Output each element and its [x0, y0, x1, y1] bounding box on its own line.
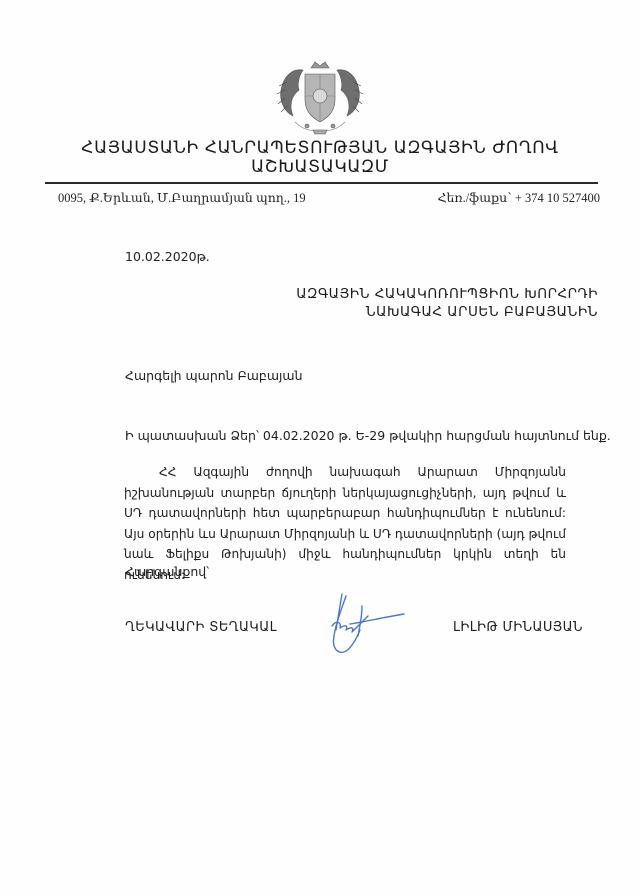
letter-date: 10.02.2020թ. [125, 249, 210, 264]
recipient-name: ՆԱԽԱԳԱՀ ԱՐՍԵՆ ԲԱԲԱՅԱՆԻՆ [366, 304, 598, 320]
signer-title: ՂԵԿԱՎԱՐԻ ՏԵՂԱԿԱԼ [125, 620, 277, 635]
coat-of-arms-icon [273, 60, 367, 136]
intro-sentence: Ի պատասխան Ձեր՝ 04.02.2020 թ. Ե-29 թվակի… [125, 428, 611, 443]
salutation: Հարգելի պարոն Բաբայան [125, 368, 303, 383]
header-divider [45, 182, 598, 184]
organization-subtitle: ԱՇԽԱՏԱԿԱԶՄ [0, 157, 640, 177]
recipient-organization: ԱԶԳԱՅԻՆ ՀԱԿԱԿՈՌՈՒՊՑԻՈՆ ԽՈՐՀՐԴԻ [296, 286, 598, 302]
closing: Հարգանքով՝ [125, 564, 209, 579]
organization-name: ՀԱՅԱՍՏԱՆԻ ՀԱՆՐԱՊԵՏՈՒԹՅԱՆ ԱԶԳԱՅԻՆ ԺՈՂՈՎ [0, 138, 640, 158]
signature-icon [320, 592, 410, 658]
organization-address: 0095, Ք.Երևան, Մ.Բաղրամյան պող., 19 [58, 190, 306, 206]
signer-name: ԼԻԼԻԹ ՄԻՆԱՍՅԱՆ [453, 620, 583, 635]
letter-page: ՀԱՅԱՍՏԱՆԻ ՀԱՆՐԱՊԵՏՈՒԹՅԱՆ ԱԶԳԱՅԻՆ ԺՈՂՈՎ Ա… [0, 0, 640, 896]
organization-phone-fax: Հեռ./ֆաքս՝ + 374 10 527400 [438, 190, 600, 206]
